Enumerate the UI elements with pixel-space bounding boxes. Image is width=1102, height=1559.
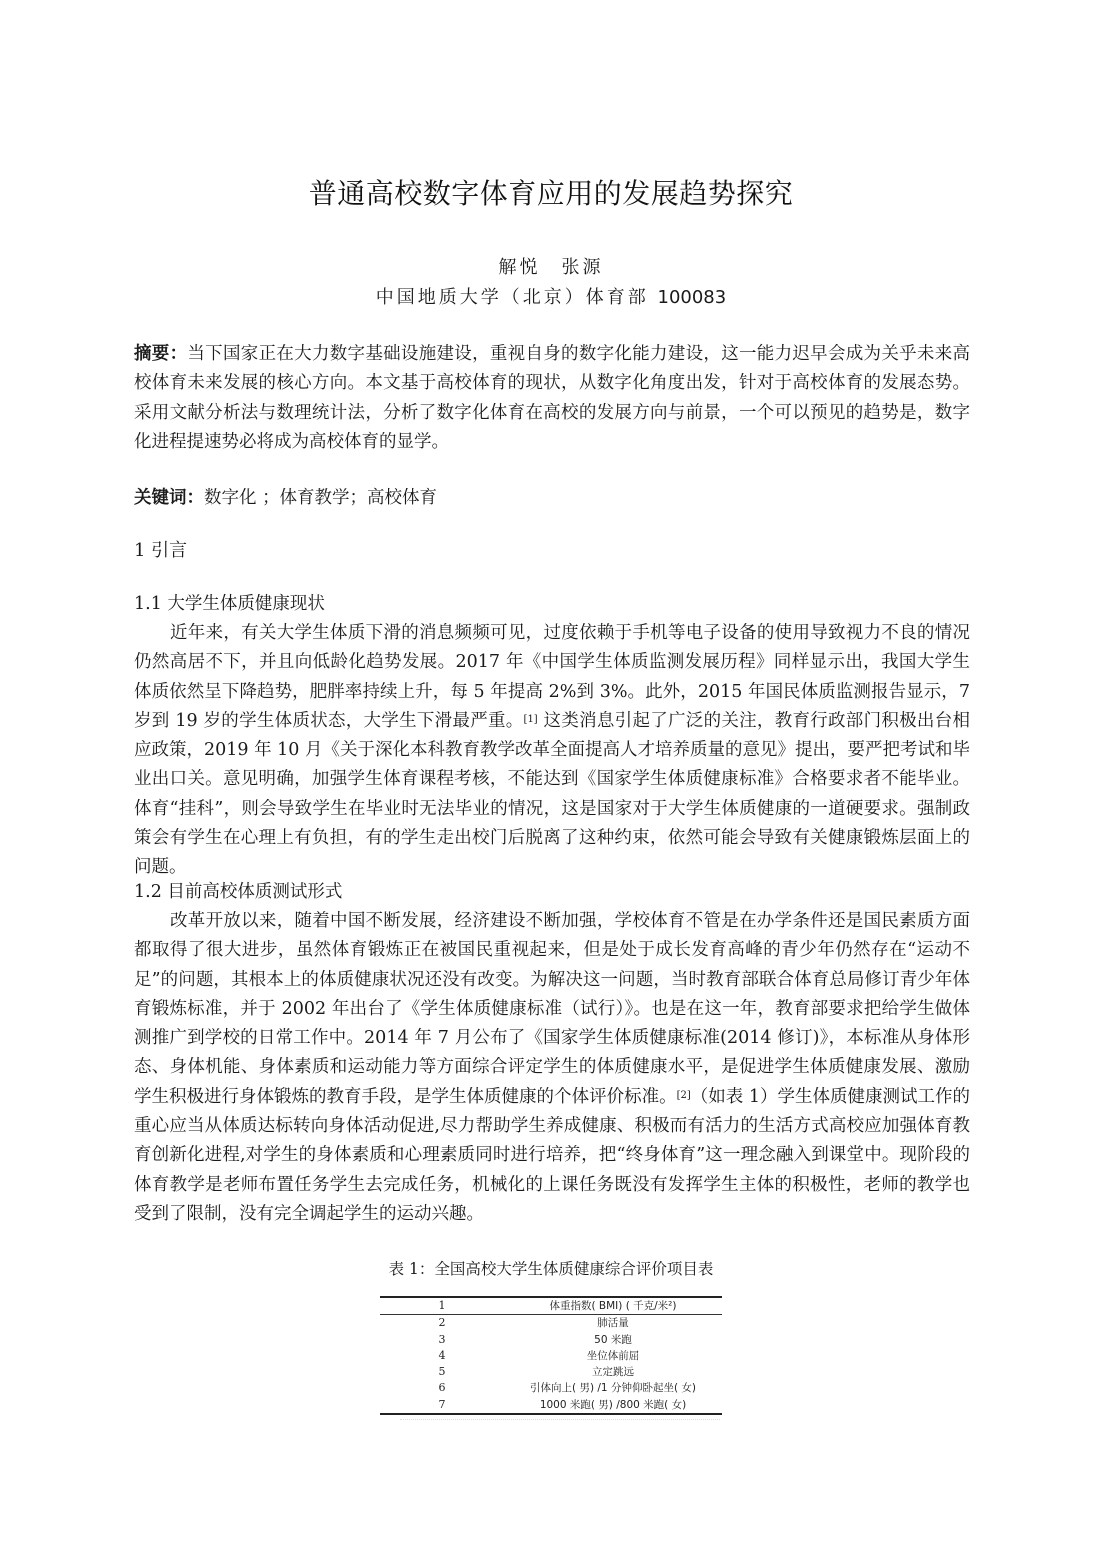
table-row: 1体重指数( BMI) ( 千克/米²) bbox=[380, 1297, 722, 1315]
keywords-text: 数字化 ；体育教学；高校体育 bbox=[204, 488, 437, 508]
row-number: 4 bbox=[380, 1348, 504, 1364]
row-item: 立定跳远 bbox=[504, 1364, 722, 1380]
keywords-label: 关键词： bbox=[134, 488, 204, 508]
row-number: 7 bbox=[380, 1397, 504, 1414]
paper-page: 普通高校数字体育应用的发展趋势探究 解悦 张源 中国地质大学（北京）体育部 10… bbox=[0, 0, 1102, 1559]
abstract: 摘要：当下国家正在大力数字基础设施建设，重视自身的数字化能力建设，这一能力迟早会… bbox=[134, 340, 970, 457]
paragraph-text: （如表 1）学生体质健康测试工作的重心应当从体质达标转向身体活动促进,尽力帮助学… bbox=[134, 1087, 970, 1224]
abstract-text: 当下国家正在大力数字基础设施建设，重视自身的数字化能力建设，这一能力迟早会成为关… bbox=[134, 344, 970, 452]
row-number: 3 bbox=[380, 1332, 504, 1348]
paragraph-1-2: 改革开放以来，随着中国不断发展，经济建设不断加强，学校体育不管是在办学条件还是国… bbox=[134, 907, 970, 1229]
paragraph-text: 改革开放以来，随着中国不断发展，经济建设不断加强，学校体育不管是在办学条件还是国… bbox=[134, 911, 970, 1107]
section-heading-introduction: 1 引言 bbox=[134, 537, 187, 565]
subsection-heading-1-2: 1.2 目前高校体质测试形式 bbox=[134, 878, 342, 907]
row-number: 5 bbox=[380, 1364, 504, 1380]
evaluation-items-table: 1体重指数( BMI) ( 千克/米²) 2肺活量 350 米跑 4坐位体前屈 … bbox=[380, 1296, 722, 1415]
row-item: 引体向上( 男) /1 分钟仰卧起坐( 女) bbox=[504, 1380, 722, 1396]
table-1: 1体重指数( BMI) ( 千克/米²) 2肺活量 350 米跑 4坐位体前屈 … bbox=[380, 1296, 722, 1415]
subsection-heading-1-1: 1.1 大学生体质健康现状 bbox=[134, 590, 325, 619]
row-item: 50 米跑 bbox=[504, 1332, 722, 1348]
abstract-label: 摘要： bbox=[134, 344, 187, 364]
table-caption: 表 1：全国高校大学生体质健康综合评价项目表 bbox=[0, 1256, 1102, 1282]
row-item: 坐位体前屈 bbox=[504, 1348, 722, 1364]
citation-ref-1[interactable]: [1] bbox=[524, 714, 538, 725]
row-number: 2 bbox=[380, 1315, 504, 1332]
row-number: 1 bbox=[380, 1297, 504, 1315]
table-row: 350 米跑 bbox=[380, 1332, 722, 1348]
table-bottom-artifact-divider bbox=[400, 1419, 720, 1421]
keywords: 关键词：数字化 ；体育教学；高校体育 bbox=[134, 484, 970, 513]
paper-authors: 解悦 张源 bbox=[0, 254, 1102, 282]
table-row: 4坐位体前屈 bbox=[380, 1348, 722, 1364]
table-row: 5立定跳远 bbox=[380, 1364, 722, 1380]
table-row: 71000 米跑( 男) /800 米跑( 女) bbox=[380, 1397, 722, 1414]
row-item: 肺活量 bbox=[504, 1315, 722, 1332]
citation-ref-2[interactable]: [2] bbox=[677, 1090, 691, 1101]
row-item: 体重指数( BMI) ( 千克/米²) bbox=[504, 1297, 722, 1315]
paragraph-1-1: 近年来，有关大学生体质下滑的消息频频可见，过度依赖于手机等电子设备的使用导致视力… bbox=[134, 619, 970, 883]
affiliation-name: 中国地质大学（北京）体育部 bbox=[376, 287, 649, 308]
row-item: 1000 米跑( 男) /800 米跑( 女) bbox=[504, 1397, 722, 1414]
table-row: 6引体向上( 男) /1 分钟仰卧起坐( 女) bbox=[380, 1380, 722, 1396]
paper-title: 普通高校数字体育应用的发展趋势探究 bbox=[0, 172, 1102, 216]
paragraph-text: 这类消息引起了广泛的关注，教育行政部门积极出台相应政策，2019 年 10 月《… bbox=[134, 711, 970, 877]
table-row: 2肺活量 bbox=[380, 1315, 722, 1332]
postal-code: 100083 bbox=[658, 287, 727, 308]
paper-affiliation: 中国地质大学（北京）体育部 100083 bbox=[0, 284, 1102, 312]
row-number: 6 bbox=[380, 1380, 504, 1396]
